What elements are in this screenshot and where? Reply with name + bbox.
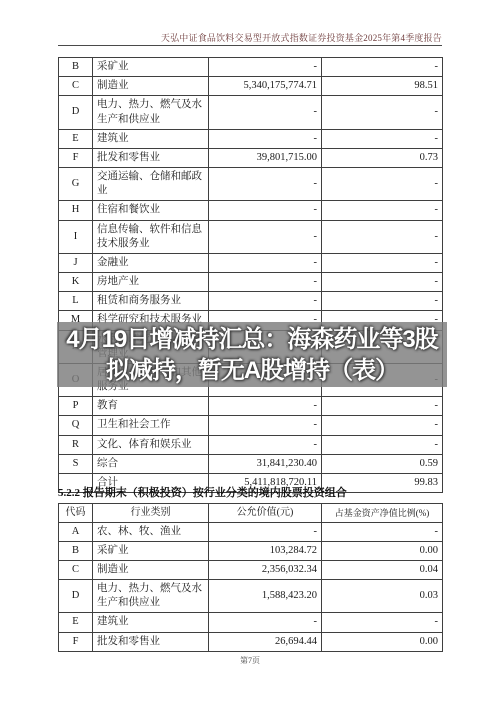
header-divider: [58, 45, 442, 46]
table-row: F批发和零售业39,801,715.000.73: [59, 148, 443, 167]
table-row: J金融业--: [59, 253, 443, 272]
cell-ratio: -: [322, 397, 443, 416]
cell-category: 电力、热力、燃气及水生产和供应业: [93, 96, 209, 129]
news-overlay-banner: 4月19日增减持汇总：海森药业等3股 拟减持，暂无A股增持（表）: [57, 322, 447, 387]
industry-table-total-table: B采矿业--C制造业5,340,175,774.7198.51D电力、热力、燃气…: [58, 57, 443, 493]
cell-code: E: [59, 129, 93, 148]
cell-code: P: [59, 397, 93, 416]
industry-table-total: B采矿业--C制造业5,340,175,774.7198.51D电力、热力、燃气…: [58, 57, 442, 493]
cell-category: 综合: [93, 454, 209, 473]
table-row: C制造业2,356,032.340.04: [59, 560, 443, 579]
cell-code: S: [59, 454, 93, 473]
cell-value: -: [209, 416, 322, 435]
cell-value: 5,340,175,774.71: [209, 77, 322, 96]
cell-code: D: [59, 580, 93, 613]
table-row: C制造业5,340,175,774.7198.51: [59, 77, 443, 96]
cell-category: 建筑业: [93, 613, 209, 632]
cell-ratio: -: [322, 292, 443, 311]
table-row: E建筑业--: [59, 613, 443, 632]
cell-code: R: [59, 435, 93, 454]
cell-value: 103,284.72: [209, 541, 322, 560]
cell-ratio: 0.03: [322, 580, 443, 613]
cell-value: -: [209, 253, 322, 272]
cell-category: 制造业: [93, 77, 209, 96]
table-row: R文化、体育和娱乐业--: [59, 435, 443, 454]
cell-ratio: 0.00: [322, 632, 443, 651]
cell-category: 制造业: [93, 560, 209, 579]
cell-ratio: -: [322, 273, 443, 292]
cell-category: 采矿业: [93, 541, 209, 560]
cell-code: A: [59, 522, 93, 541]
cell-code: C: [59, 560, 93, 579]
cell-category: 批发和零售业: [93, 632, 209, 651]
table-row: B采矿业103,284.720.00: [59, 541, 443, 560]
cell-ratio: -: [322, 522, 443, 541]
table-row: K房地产业--: [59, 273, 443, 292]
cell-ratio: -: [322, 253, 443, 272]
cell-category: 电力、热力、燃气及水生产和供应业: [93, 580, 209, 613]
table-row: P教育--: [59, 397, 443, 416]
header-fair-value: 公允价值(元): [209, 504, 322, 523]
cell-code: B: [59, 58, 93, 77]
cell-category: 信息传输、软件和信息技术服务业: [93, 220, 209, 253]
cell-ratio: 0.04: [322, 560, 443, 579]
news-overlay-line1: 4月19日增减持汇总：海森药业等3股: [66, 324, 437, 355]
cell-code: I: [59, 220, 93, 253]
cell-value: -: [209, 397, 322, 416]
table-row: Q卫生和社会工作--: [59, 416, 443, 435]
cell-ratio: -: [322, 58, 443, 77]
cell-category: 卫生和社会工作: [93, 416, 209, 435]
cell-code: E: [59, 613, 93, 632]
cell-code: Q: [59, 416, 93, 435]
table-row: F批发和零售业26,694.440.00: [59, 632, 443, 651]
cell-value: -: [209, 220, 322, 253]
table-row: D电力、热力、燃气及水生产和供应业1,588,423.200.03: [59, 580, 443, 613]
industry-table-active-table: 代码 行业类别 公允价值(元) 占基金资产净值比例(%) A农、林、牧、渔业--…: [58, 503, 443, 652]
cell-category: 文化、体育和娱乐业: [93, 435, 209, 454]
industry-table-active-body: A农、林、牧、渔业--B采矿业103,284.720.00C制造业2,356,0…: [59, 522, 443, 651]
table-row: G交通运输、仓储和邮政业--: [59, 168, 443, 201]
cell-code: G: [59, 168, 93, 201]
cell-value: 2,356,032.34: [209, 560, 322, 579]
cell-ratio: -: [322, 220, 443, 253]
header-net-ratio: 占基金资产净值比例(%): [322, 504, 443, 523]
cell-value: 1,588,423.20: [209, 580, 322, 613]
table-row: L租赁和商务服务业--: [59, 292, 443, 311]
cell-value: -: [209, 273, 322, 292]
cell-code: K: [59, 273, 93, 292]
cell-ratio: -: [322, 168, 443, 201]
report-page: 天弘中证食品饮料交易型开放式指数证券投资基金2025年第4季度报告 B采矿业--…: [0, 0, 500, 707]
table-row: E建筑业--: [59, 129, 443, 148]
cell-value: 39,801,715.00: [209, 148, 322, 167]
cell-code: F: [59, 148, 93, 167]
cell-category: 批发和零售业: [93, 148, 209, 167]
cell-ratio: -: [322, 416, 443, 435]
table-row: B采矿业--: [59, 58, 443, 77]
cell-value: -: [209, 129, 322, 148]
cell-ratio: 0.00: [322, 541, 443, 560]
header-category: 行业类别: [93, 504, 209, 523]
cell-value: 26,694.44: [209, 632, 322, 651]
industry-table-active: 代码 行业类别 公允价值(元) 占基金资产净值比例(%) A农、林、牧、渔业--…: [58, 503, 442, 652]
cell-code: J: [59, 253, 93, 272]
cell-category: 房地产业: [93, 273, 209, 292]
industry-table-total-body: B采矿业--C制造业5,340,175,774.7198.51D电力、热力、燃气…: [59, 58, 443, 493]
report-header-title: 天弘中证食品饮料交易型开放式指数证券投资基金2025年第4季度报告: [161, 31, 442, 44]
cell-value: -: [209, 292, 322, 311]
cell-value: -: [209, 201, 322, 220]
cell-ratio: -: [322, 201, 443, 220]
cell-ratio: -: [322, 129, 443, 148]
cell-ratio: -: [322, 96, 443, 129]
cell-category: 交通运输、仓储和邮政业: [93, 168, 209, 201]
cell-category: 教育: [93, 397, 209, 416]
cell-value: -: [209, 522, 322, 541]
table-header-row: 代码 行业类别 公允价值(元) 占基金资产净值比例(%): [59, 504, 443, 523]
cell-category: 金融业: [93, 253, 209, 272]
cell-code: L: [59, 292, 93, 311]
table-row: H住宿和餐饮业--: [59, 201, 443, 220]
cell-value: 31,841,230.40: [209, 454, 322, 473]
cell-ratio: -: [322, 613, 443, 632]
cell-value: -: [209, 435, 322, 454]
cell-code: C: [59, 77, 93, 96]
table-row: D电力、热力、燃气及水生产和供应业--: [59, 96, 443, 129]
cell-category: 租赁和商务服务业: [93, 292, 209, 311]
cell-value: -: [209, 58, 322, 77]
news-overlay-line2: 拟减持，暂无A股增持（表）: [106, 355, 398, 386]
header-code: 代码: [59, 504, 93, 523]
cell-code: B: [59, 541, 93, 560]
cell-code: D: [59, 96, 93, 129]
cell-ratio: 98.51: [322, 77, 443, 96]
cell-code: H: [59, 201, 93, 220]
cell-category: 采矿业: [93, 58, 209, 77]
table-row: I信息传输、软件和信息技术服务业--: [59, 220, 443, 253]
cell-category: 建筑业: [93, 129, 209, 148]
cell-value: -: [209, 96, 322, 129]
cell-value: -: [209, 168, 322, 201]
cell-category: 住宿和餐饮业: [93, 201, 209, 220]
table-row: A农、林、牧、渔业--: [59, 522, 443, 541]
cell-ratio: 0.73: [322, 148, 443, 167]
cell-code: F: [59, 632, 93, 651]
cell-ratio: -: [322, 435, 443, 454]
section-title-5-2-2: 5.2.2 报告期末（积极投资）按行业分类的境内股票投资组合: [58, 484, 347, 500]
cell-ratio: 0.59: [322, 454, 443, 473]
table-row: S综合31,841,230.400.59: [59, 454, 443, 473]
cell-value: -: [209, 613, 322, 632]
cell-category: 农、林、牧、渔业: [93, 522, 209, 541]
page-number: 第7页: [0, 655, 500, 666]
